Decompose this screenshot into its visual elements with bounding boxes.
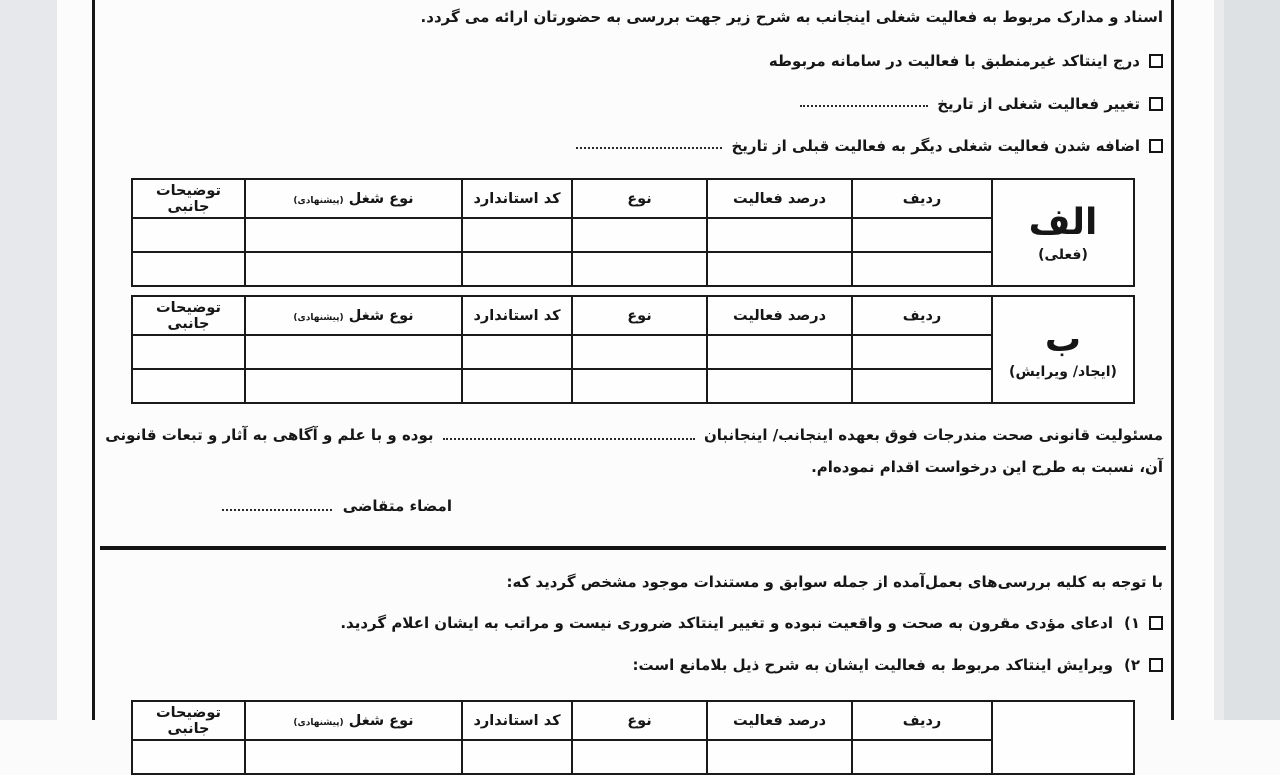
checkbox-square[interactable] [1149,54,1163,68]
empty-cell [132,335,245,369]
empty-cell [462,218,572,252]
empty-cell [707,335,852,369]
empty-cell [245,252,462,286]
review-item-claim-rejected: ۱) ادعای مؤدی مقرون به صحت و واقعیت نبود… [340,614,1163,632]
col-header-standard-code: کد استاندارد [462,701,572,720]
empty-cell [245,335,462,369]
col-header-row-number: ردیف [852,296,992,335]
checkbox-label: تغییر فعالیت شغلی از تاریخ [937,95,1140,113]
intro-text: اسناد و مدارک مربوط به فعالیت شغلی اینجا… [421,8,1163,26]
empty-cell [245,369,462,403]
empty-cell [132,218,245,252]
review-intro-text: با توجه به کلیه بررسی‌های بعمل‌آمده از ج… [506,573,1163,591]
checkbox-label: درج اینتاکد غیرمنطبق با فعالیت در سامانه… [769,52,1140,70]
form-content: اسناد و مدارک مربوط به فعالیت شغلی اینجا… [0,0,1280,720]
item-number: ۱) [1124,614,1140,632]
empty-cell [462,335,572,369]
table-a-label-cell: الف (فعلی) [992,179,1134,286]
col-header-standard-code: کد استاندارد [462,296,572,335]
item-number: ۲) [1124,656,1140,674]
empty-cell [852,252,992,286]
empty-cell [707,252,852,286]
signature-fill-line [222,506,332,511]
legal-statement: مسئولیت قانونی صحت مندرجات فوق بعهده این… [100,420,1163,483]
col-header-activity-percent: درصد فعالیت [707,179,852,218]
review-item-label: ویرایش اینتاکد مربوط به فعالیت ایشان به … [633,656,1113,674]
col-header-type: نوع [572,296,707,335]
col-header-type: نوع [572,179,707,218]
empty-cell [462,369,572,403]
col-header-standard-code: کد استاندارد [462,179,572,218]
empty-cell [707,369,852,403]
col-header-row-number: ردیف [852,701,992,720]
section-divider [100,546,1166,550]
table-create-edit: ب (ایجاد/ ویرایش) ردیف درصد فعالیت نوع ک… [131,295,1135,404]
col-header-job-type: نوع شغل (پیشنهادی) [245,701,462,720]
empty-cell [572,218,707,252]
col-header-activity-percent: درصد فعالیت [707,701,852,720]
review-item-label: ادعای مؤدی مقرون به صحت و واقعیت نبوده و… [340,614,1113,632]
col-header-job-type: نوع شغل (پیشنهادی) [245,296,462,335]
checkbox-label: اضافه شدن فعالیت شغلی دیگر به فعالیت قبل… [731,137,1140,155]
scanned-form-page: اسناد و مدارک مربوط به فعالیت شغلی اینجا… [0,0,1280,720]
applicant-signature: امضاء متقاضی [222,497,452,515]
empty-cell [132,369,245,403]
col-header-side-notes: توضیحات جانبی [132,296,245,335]
checkbox-item-add-activity: اضافه شدن فعالیت شغلی دیگر به فعالیت قبل… [576,137,1163,155]
signature-label: امضاء متقاضی [343,497,452,515]
table-approved-edit: ردیف درصد فعالیت نوع کد استاندارد نوع شغ… [131,700,1135,720]
checkbox-item-change-activity: تغییر فعالیت شغلی از تاریخ [800,95,1163,113]
table-b-sublabel: (ایجاد/ ویرایش) [996,364,1130,380]
empty-cell [462,252,572,286]
col-header-type: نوع [572,701,707,720]
empty-cell [572,369,707,403]
checkbox-square[interactable] [1149,658,1163,672]
empty-cell [572,335,707,369]
empty-cell [852,218,992,252]
table-current-activity: الف (فعلی) ردیف درصد فعالیت نوع کد استان… [131,178,1135,287]
empty-cell [852,335,992,369]
empty-cell [132,252,245,286]
checkbox-item-mismatched-intacode: درج اینتاکد غیرمنطبق با فعالیت در سامانه… [769,52,1163,70]
col-header-activity-percent: درصد فعالیت [707,296,852,335]
empty-cell [707,218,852,252]
job-type-note: (پیشنهادی) [293,196,343,206]
empty-cell [852,369,992,403]
date-fill-line [800,102,928,107]
job-type-note: (پیشنهادی) [293,313,343,323]
col-header-side-notes: توضیحات جانبی [132,179,245,218]
empty-cell [245,218,462,252]
legal-text-part1: مسئولیت قانونی صحت مندرجات فوق بعهده این… [704,426,1163,444]
col-header-row-number: ردیف [852,179,992,218]
review-item-edit-approved: ۲) ویرایش اینتاکد مربوط به فعالیت ایشان … [633,656,1163,674]
table-a-label: الف [996,202,1130,243]
checkbox-square[interactable] [1149,616,1163,630]
name-fill-line [443,435,695,440]
empty-cell [572,252,707,286]
col-header-job-type: نوع شغل (پیشنهادی) [245,179,462,218]
checkbox-square[interactable] [1149,97,1163,111]
table-b-label: ب [996,319,1130,360]
col-header-side-notes: توضیحات جانبی [132,701,245,720]
checkbox-square[interactable] [1149,139,1163,153]
table-c-label-cell [992,701,1134,720]
date-fill-line [576,144,722,149]
table-a-sublabel: (فعلی) [996,247,1130,263]
table-b-label-cell: ب (ایجاد/ ویرایش) [992,296,1134,403]
